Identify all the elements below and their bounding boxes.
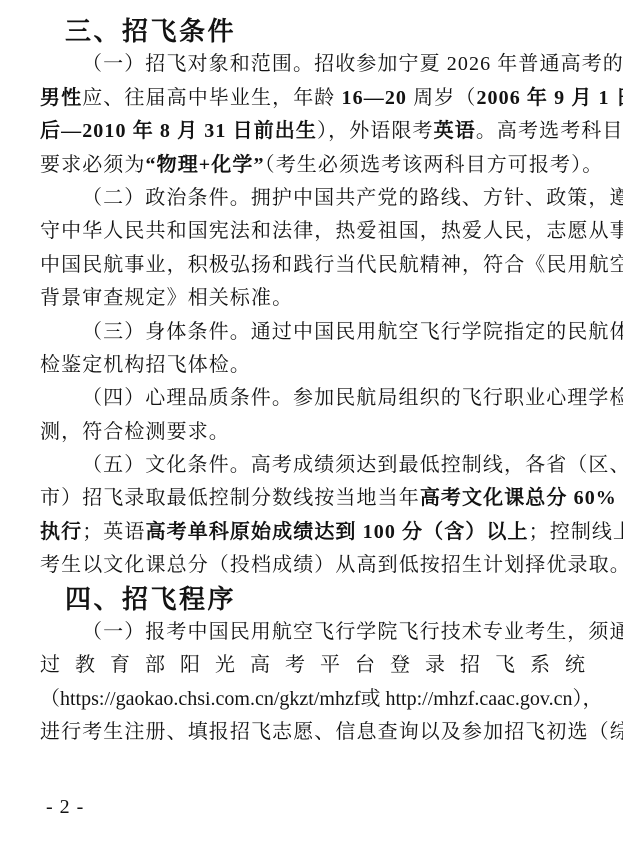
text-run: （五）文化条件。高考成绩须达到最低控制线，各省（区、: [82, 454, 623, 476]
text-run-bold: “物理+化学”: [146, 154, 265, 176]
doc-line: 考生以文化课总分（投档成绩）从高到低按招生计划择优录取。: [40, 549, 592, 582]
section-heading-recruitment-procedure: 四、招飞程序: [40, 583, 592, 616]
doc-line: 测，符合检测要求。: [40, 416, 592, 449]
doc-line: 男性应、往届高中毕业生，年龄 16—20 周岁（2006 年 9 月 1 日: [40, 82, 592, 115]
doc-line: （一）招飞对象和范围。招收参加宁夏 2026 年普通高考的: [40, 48, 592, 81]
doc-line: （四）心理品质条件。参加民航局组织的飞行职业心理学检: [40, 382, 592, 415]
text-run: 中国民航事业，积极弘扬和践行当代民航精神，符合《民用航空: [40, 254, 623, 276]
text-run-bold: 16—20: [342, 87, 414, 109]
text-run: （一）报考中国民用航空飞行学院飞行技术专业考生，须通: [82, 621, 623, 643]
doc-line: （二）政治条件。拥护中国共产党的路线、方针、政策，遵: [40, 182, 592, 215]
text-run: ；控制线上: [529, 521, 623, 543]
text-run: 守中华人民共和国宪法和法律，热爱祖国，热爱人民，志愿从事: [40, 220, 623, 242]
doc-line: （五）文化条件。高考成绩须达到最低控制线，各省（区、: [40, 449, 592, 482]
doc-line: 要求必须为“物理+化学”（考生必须选考该两科目方可报考）。: [40, 149, 592, 182]
doc-line: 守中华人民共和国宪法和法律，热爱祖国，热爱人民，志愿从事: [40, 215, 592, 248]
text-run: 。高考选考科目: [476, 120, 623, 142]
text-run: 周岁（: [413, 87, 476, 109]
text-run: （三）身体条件。通过中国民用航空飞行学院指定的民航体: [82, 321, 623, 343]
text-run: ），外语限考: [317, 120, 434, 142]
page-number: - 2 -: [46, 796, 84, 819]
doc-line-url: （https://gaokao.chsi.com.cn/gkzt/mhzf或 h…: [40, 683, 592, 716]
text-run: 进行考生注册、填报招飞志愿、信息查询以及参加招飞初选（综: [40, 721, 623, 743]
doc-line: 后—2010 年 8 月 31 日前出生），外语限考英语。高考选考科目: [40, 115, 592, 148]
doc-line: 市）招飞录取最低控制分数线按当地当年高考文化课总分 60%: [40, 482, 592, 515]
text-run: 应、往届高中毕业生，年龄: [82, 87, 341, 109]
doc-line: 背景审查规定》相关标准。: [40, 282, 592, 315]
heading-text: 四、招飞程序: [65, 585, 236, 614]
text-run-bold: 高考文化课总分 60%: [420, 487, 617, 509]
section-heading-recruitment-conditions: 三、招飞条件: [40, 15, 592, 48]
text-run: （四）心理品质条件。参加民航局组织的飞行职业心理学检: [82, 387, 623, 409]
text-run: 检鉴定机构招飞体检。: [40, 354, 251, 376]
text-run: 市）招飞录取最低控制分数线按当地当年: [40, 487, 420, 509]
doc-line: （一）报考中国民用航空飞行学院飞行技术专业考生，须通: [40, 616, 592, 649]
text-run: （一）招飞对象和范围。招收参加宁夏 2026 年普通高考的: [82, 53, 623, 75]
doc-line: （三）身体条件。通过中国民用航空飞行学院指定的民航体: [40, 316, 592, 349]
recruitment-url-text: （https://gaokao.chsi.com.cn/gkzt/mhzf或 h…: [40, 688, 602, 710]
doc-line: 执行；英语高考单科原始成绩达到 100 分（含）以上；控制线上: [40, 516, 592, 549]
doc-line: 检鉴定机构招飞体检。: [40, 349, 592, 382]
text-run: （考生必须选考该两科目方可报考）。: [265, 154, 604, 176]
text-run: 过教育部阳光高考平台登录招飞系统: [40, 654, 600, 676]
heading-text: 三、招飞条件: [65, 17, 236, 46]
doc-line: 进行考生注册、填报招飞志愿、信息查询以及参加招飞初选（综: [40, 716, 592, 749]
doc-line-stretched: 过教育部阳光高考平台登录招飞系统: [40, 649, 592, 682]
text-run-bold: 英语: [434, 120, 476, 142]
text-run: 要求必须为: [40, 154, 146, 176]
text-run-bold: 后—2010 年 8 月 31 日前出生: [40, 120, 317, 142]
text-run-bold: 2006 年 9 月 1 日: [476, 87, 623, 109]
text-run: 背景审查规定》相关标准。: [40, 287, 293, 309]
text-run: （二）政治条件。拥护中国共产党的路线、方针、政策，遵: [82, 187, 623, 209]
text-run: 测，符合检测要求。: [40, 421, 230, 443]
text-run-bold: 执行: [40, 521, 82, 543]
text-run: ；英语: [82, 521, 145, 543]
text-run-bold: 高考单科原始成绩达到 100 分（含）以上: [146, 521, 529, 543]
text-run-bold: 男性: [40, 87, 82, 109]
document-page: 三、招飞条件 （一）招飞对象和范围。招收参加宁夏 2026 年普通高考的 男性应…: [40, 15, 592, 750]
text-run: 考生以文化课总分（投档成绩）从高到低按招生计划择优录取。: [40, 554, 623, 576]
doc-line: 中国民航事业，积极弘扬和践行当代民航精神，符合《民用航空: [40, 249, 592, 282]
